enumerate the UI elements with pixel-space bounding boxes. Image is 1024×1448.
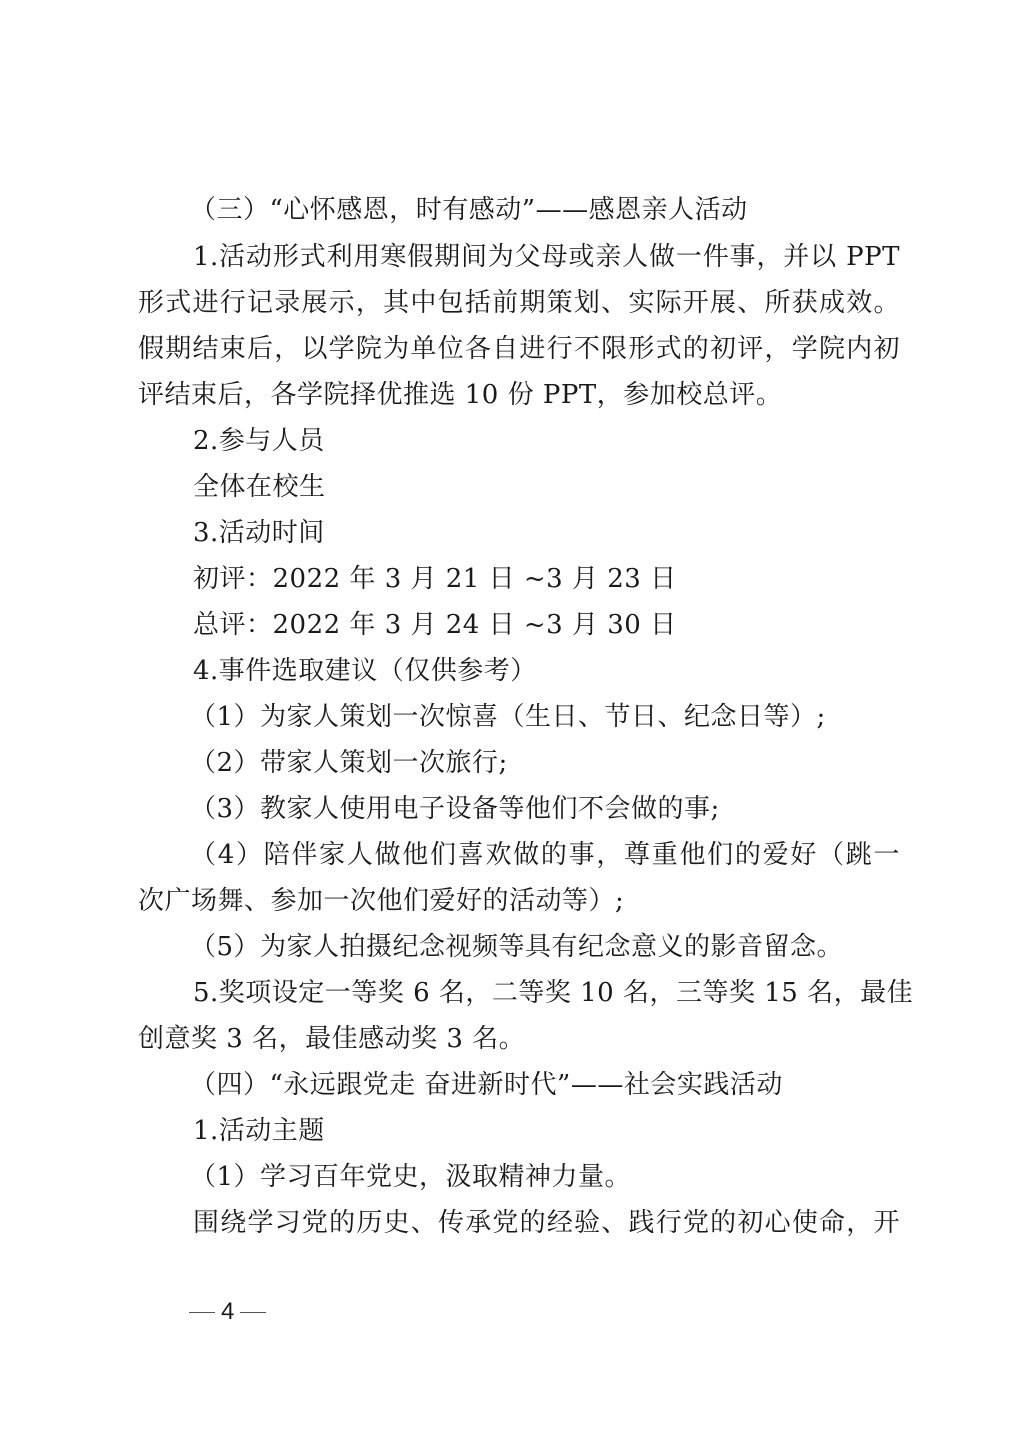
document-page: （三）“心怀感恩，时有感动”——感恩亲人活动 1.活动形式利用寒假期间为父母或亲… [0, 0, 1024, 1448]
page-number-dash-right [240, 1312, 266, 1313]
page-number-value: 4 [221, 1298, 234, 1325]
item3-title: 3.活动时间 [193, 516, 325, 550]
item1-line-3: 假期结束后，以学院为单位各自进行不限形式的初评，学院内初 [138, 332, 900, 366]
section4-item1-title: 1.活动主题 [193, 1114, 325, 1148]
item1-line-1: 1.活动形式利用寒假期间为父母或亲人做一件事，并以 PPT [193, 240, 900, 274]
section-4-heading: （四）“永远跟党走 奋进新时代”——社会实践活动 [190, 1068, 783, 1102]
item2-body: 全体在校生 [193, 470, 326, 504]
page-number: 4 [183, 1297, 272, 1327]
item4-title: 4.事件选取建议（仅供参考） [193, 654, 537, 688]
suggestion-4-line-2: 次广场舞、参加一次他们爱好的活动等）; [138, 884, 624, 918]
item1-line-2: 形式进行记录展示，其中包括前期策划、实际开展、所获成效。 [138, 286, 900, 320]
item5-line-1: 5.奖项设定一等奖 6 名，二等奖 10 名，三等奖 15 名，最佳 [193, 976, 900, 1010]
theme-1-body: 围绕学习党的历史、传承党的经验、践行党的初心使命，开 [193, 1206, 900, 1240]
theme-1: （1）学习百年党史，汲取精神力量。 [190, 1160, 631, 1194]
suggestion-5: （5）为家人拍摄纪念视频等具有纪念意义的影音留念。 [190, 930, 843, 964]
item2-title: 2.参与人员 [193, 424, 325, 458]
suggestion-3: （3）教家人使用电子设备等他们不会做的事; [190, 792, 720, 826]
suggestion-4-line-1: （4）陪伴家人做他们喜欢做的事，尊重他们的爱好（跳一 [190, 838, 900, 872]
suggestion-1: （1）为家人策划一次惊喜（生日、节日、纪念日等）; [190, 700, 826, 734]
item5-line-2: 创意奖 3 名，最佳感动奖 3 名。 [138, 1022, 525, 1056]
item1-line-4: 评结束后，各学院择优推选 10 份 PPT，参加校总评。 [138, 378, 778, 412]
page-number-dash-left [189, 1312, 215, 1313]
section-3-heading: （三）“心怀感恩，时有感动”——感恩亲人活动 [190, 193, 748, 227]
suggestion-2: （2）带家人策划一次旅行; [190, 746, 508, 780]
item3-final-review: 总评：2022 年 3 月 24 日 ~3 月 30 日 [193, 608, 677, 642]
item3-initial-review: 初评：2022 年 3 月 21 日 ~3 月 23 日 [193, 562, 677, 596]
